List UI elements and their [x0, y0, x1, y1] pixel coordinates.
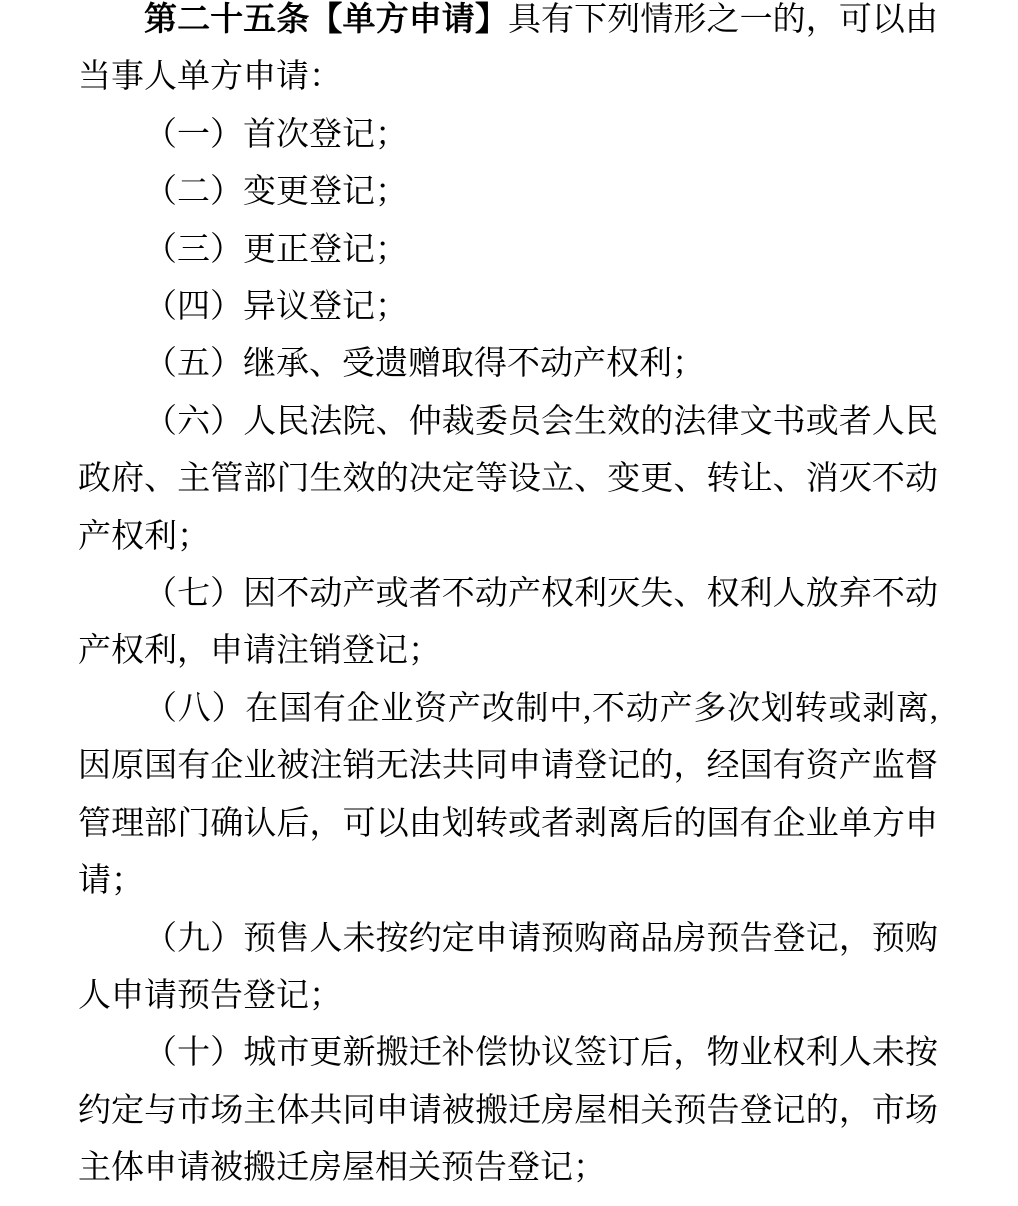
article-number-title: 第二十五条【单方申请】: [144, 0, 508, 37]
article-heading-paragraph: 第二十五条【单方申请】具有下列情形之一的，可以由当事人单方申请：: [78, 0, 938, 107]
list-item-6: （六）人民法院、仲裁委员会生效的法律文书或者人民政府、主管部门生效的决定等设立、…: [78, 394, 938, 566]
list-item-8: （八）在国有企业资产改制中,不动产多次划转或剥离,因原国有企业被注销无法共同申请…: [78, 681, 938, 911]
list-item-2: （二）变更登记；: [78, 164, 938, 221]
list-item-7: （七）因不动产或者不动产权利灭失、权利人放弃不动产权利，申请注销登记；: [78, 566, 938, 681]
list-item-4: （四）异议登记；: [78, 279, 938, 336]
list-item-5: （五）继承、受遗赠取得不动产权利；: [78, 336, 938, 393]
document-text-block: 第二十五条【单方申请】具有下列情形之一的，可以由当事人单方申请： （一）首次登记…: [0, 0, 1018, 1198]
list-item-9: （九）预售人未按约定申请预购商品房预告登记，预购人申请预告登记；: [78, 911, 938, 1026]
list-item-1: （一）首次登记；: [78, 107, 938, 164]
list-item-3: （三）更正登记；: [78, 222, 938, 279]
list-item-10: （十）城市更新搬迁补偿协议签订后，物业权利人未按约定与市场主体共同申请被搬迁房屋…: [78, 1025, 938, 1197]
document-page: 第二十五条【单方申请】具有下列情形之一的，可以由当事人单方申请： （一）首次登记…: [0, 0, 1018, 1206]
